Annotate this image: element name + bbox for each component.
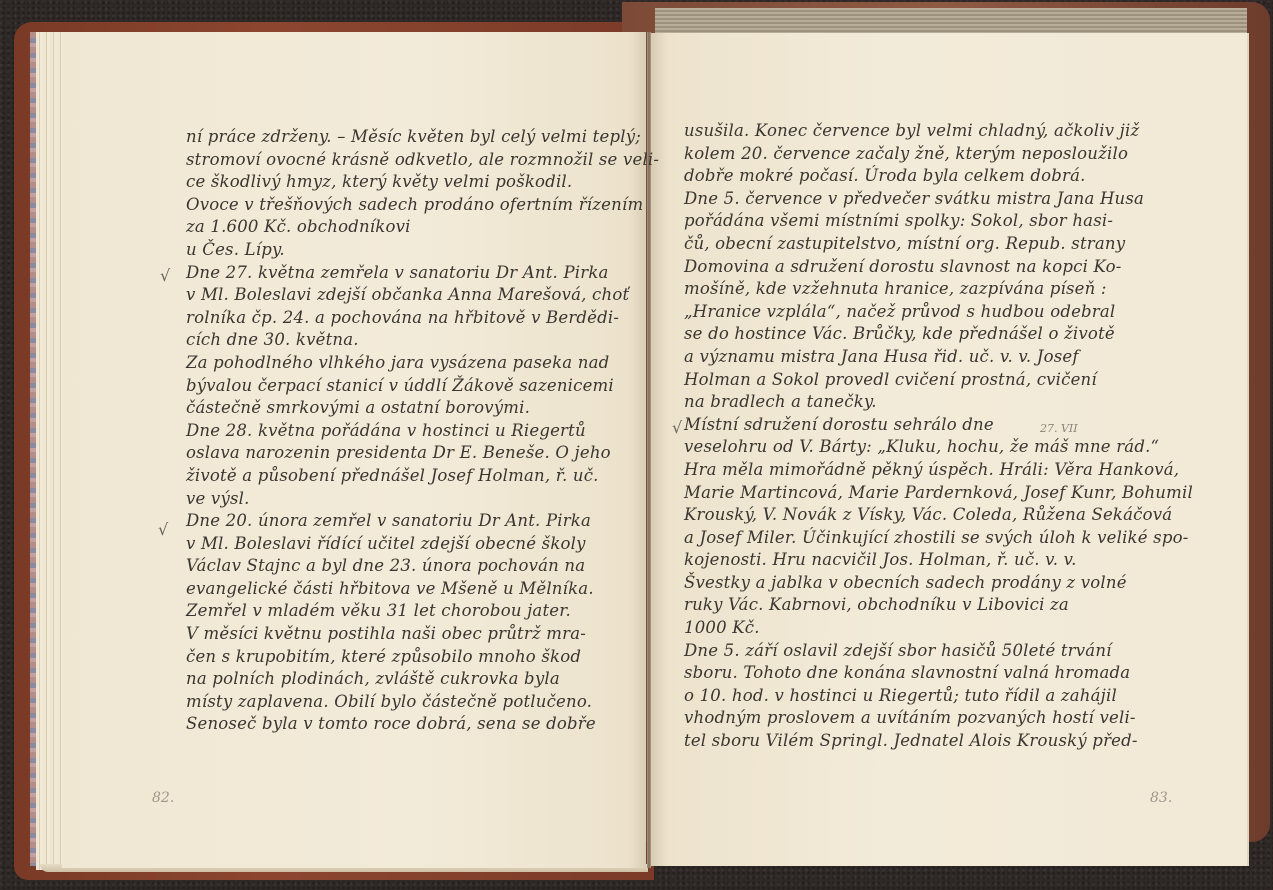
text-line: Holman a Sokol provedl cvičení prostná, …	[684, 369, 1144, 392]
text-line: a významu mistra Jana Husa řid. uč. v. v…	[684, 346, 1144, 369]
text-line: čen s krupobitím, které způsobilo mnoho …	[186, 646, 626, 669]
text-line: tel sboru Vilém Springl. Jednatel Alois …	[684, 730, 1144, 753]
text-line: Senoseč byla v tomto roce dobrá, sena se…	[186, 713, 626, 736]
text-line: částečně smrkovými a ostatní borovými.	[186, 397, 626, 420]
text-line: oslava narozenin presidenta Dr E. Beneše…	[186, 442, 626, 465]
text-line: Dne 27. května zemřela v sanatoriu Dr An…	[186, 262, 626, 285]
text-line: mošíně, kde vzžehnuta hranice, zazpívána…	[684, 278, 1144, 301]
right-page-text: usušila. Konec července byl velmi chladn…	[684, 120, 1144, 753]
text-line: pořádána všemi místními spolky: Sokol, s…	[684, 210, 1144, 233]
text-line: ce škodlivý hmyz, který květy velmi pošk…	[186, 171, 626, 194]
margin-note-date: 27. VII	[1040, 422, 1078, 435]
text-line: životě a působení přednášel Josef Holman…	[186, 465, 626, 488]
text-line: vhodným proslovem a uvítáním pozvaných h…	[684, 707, 1144, 730]
text-line: sboru. Tohoto dne konána slavnostní valn…	[684, 662, 1144, 685]
text-line: Za pohodlného vlhkého jara vysázena pase…	[186, 352, 626, 375]
text-line: u Čes. Lípy.	[186, 239, 626, 262]
text-line: kolem 20. července začaly žně, kterým ne…	[684, 143, 1144, 166]
text-line: v Ml. Boleslavi řídící učitel zdejší obe…	[186, 533, 626, 556]
text-line: Krouský, V. Novák z Vísky, Vác. Coleda, …	[684, 504, 1144, 527]
check-mark-icon: √	[158, 520, 168, 539]
text-line: kojenosti. Hru nacvičil Jos. Holman, ř. …	[684, 549, 1144, 572]
text-line: Dne 20. února zemřel v sanatoriu Dr Ant.…	[186, 510, 626, 533]
text-line: Zemřel v mladém věku 31 let chorobou jat…	[186, 600, 626, 623]
text-line: stromoví ovocné krásně odkvetlo, ale roz…	[186, 149, 626, 172]
text-line: Švestky a jablka v obecních sadech prodá…	[684, 572, 1144, 595]
text-line: Marie Martincová, Marie Pardernková, Jos…	[684, 482, 1144, 505]
text-line: a Josef Miler. Účinkující zhostili se sv…	[684, 527, 1144, 550]
text-line: ruky Vác. Kabrnovi, obchodníku v Libovic…	[684, 594, 1144, 617]
text-line: dobře mokré počasí. Úroda byla celkem do…	[684, 165, 1144, 188]
check-mark-icon: √	[672, 418, 682, 437]
text-line: na polních plodinách, zvláště cukrovka b…	[186, 668, 626, 691]
page-number-right: 83.	[1150, 790, 1172, 806]
page-stack-top-edge	[655, 8, 1247, 34]
text-line: evangelické části hřbitova ve Mšeně u Mě…	[186, 578, 626, 601]
page-number-left: 82.	[152, 790, 174, 806]
text-line: Dne 5. července v předvečer svátku mistr…	[684, 188, 1144, 211]
text-line: usušila. Konec července byl velmi chladn…	[684, 120, 1144, 143]
text-line: Dne 28. května pořádána v hostinci u Rie…	[186, 420, 626, 443]
text-line: Domovina a sdružení dorostu slavnost na …	[684, 256, 1144, 279]
text-line: čů, obecní zastupitelstvo, místní org. R…	[684, 233, 1144, 256]
text-line: ní práce zdrženy. – Měsíc květen byl cel…	[186, 126, 626, 149]
text-line: Ovoce v třešňových sadech prodáno ofertn…	[186, 194, 626, 217]
text-line: veselohru od V. Bárty: „Kluku, hochu, že…	[684, 436, 1144, 459]
text-line: rolníka čp. 24. a pochována na hřbitově …	[186, 307, 626, 330]
text-line: bývalou čerpací stanicí v úddlí Žákově s…	[186, 375, 626, 398]
text-line: v Ml. Boleslavi zdejší občanka Anna Mare…	[186, 284, 626, 307]
text-line: Václav Stajnc a byl dne 23. února pochov…	[186, 555, 626, 578]
text-line: na bradlech a tanečky.	[684, 391, 1144, 414]
text-line: „Hranice vzplála“, načež průvod s hudbou…	[684, 301, 1144, 324]
left-page-text: ní práce zdrženy. – Měsíc květen byl cel…	[186, 126, 626, 736]
text-line: ve výsl.	[186, 488, 626, 511]
text-line: cích dne 30. května.	[186, 329, 626, 352]
text-line: V měsíci květnu postihla naši obec průtr…	[186, 623, 626, 646]
text-line: se do hostince Vác. Brůčky, kde přednáše…	[684, 323, 1144, 346]
text-line: Dne 5. září oslavil zdejší sbor hasičů 5…	[684, 640, 1144, 663]
text-line: za 1.600 Kč. obchodníkovi	[186, 216, 626, 239]
text-line: místy zaplavena. Obilí bylo částečně pot…	[186, 691, 626, 714]
text-line: o 10. hod. v hostinci u Riegertů; tuto ř…	[684, 685, 1144, 708]
check-mark-icon: √	[160, 266, 170, 285]
text-line: 1000 Kč.	[684, 617, 1144, 640]
text-line: Hra měla mimořádně pěkný úspěch. Hráli: …	[684, 459, 1144, 482]
